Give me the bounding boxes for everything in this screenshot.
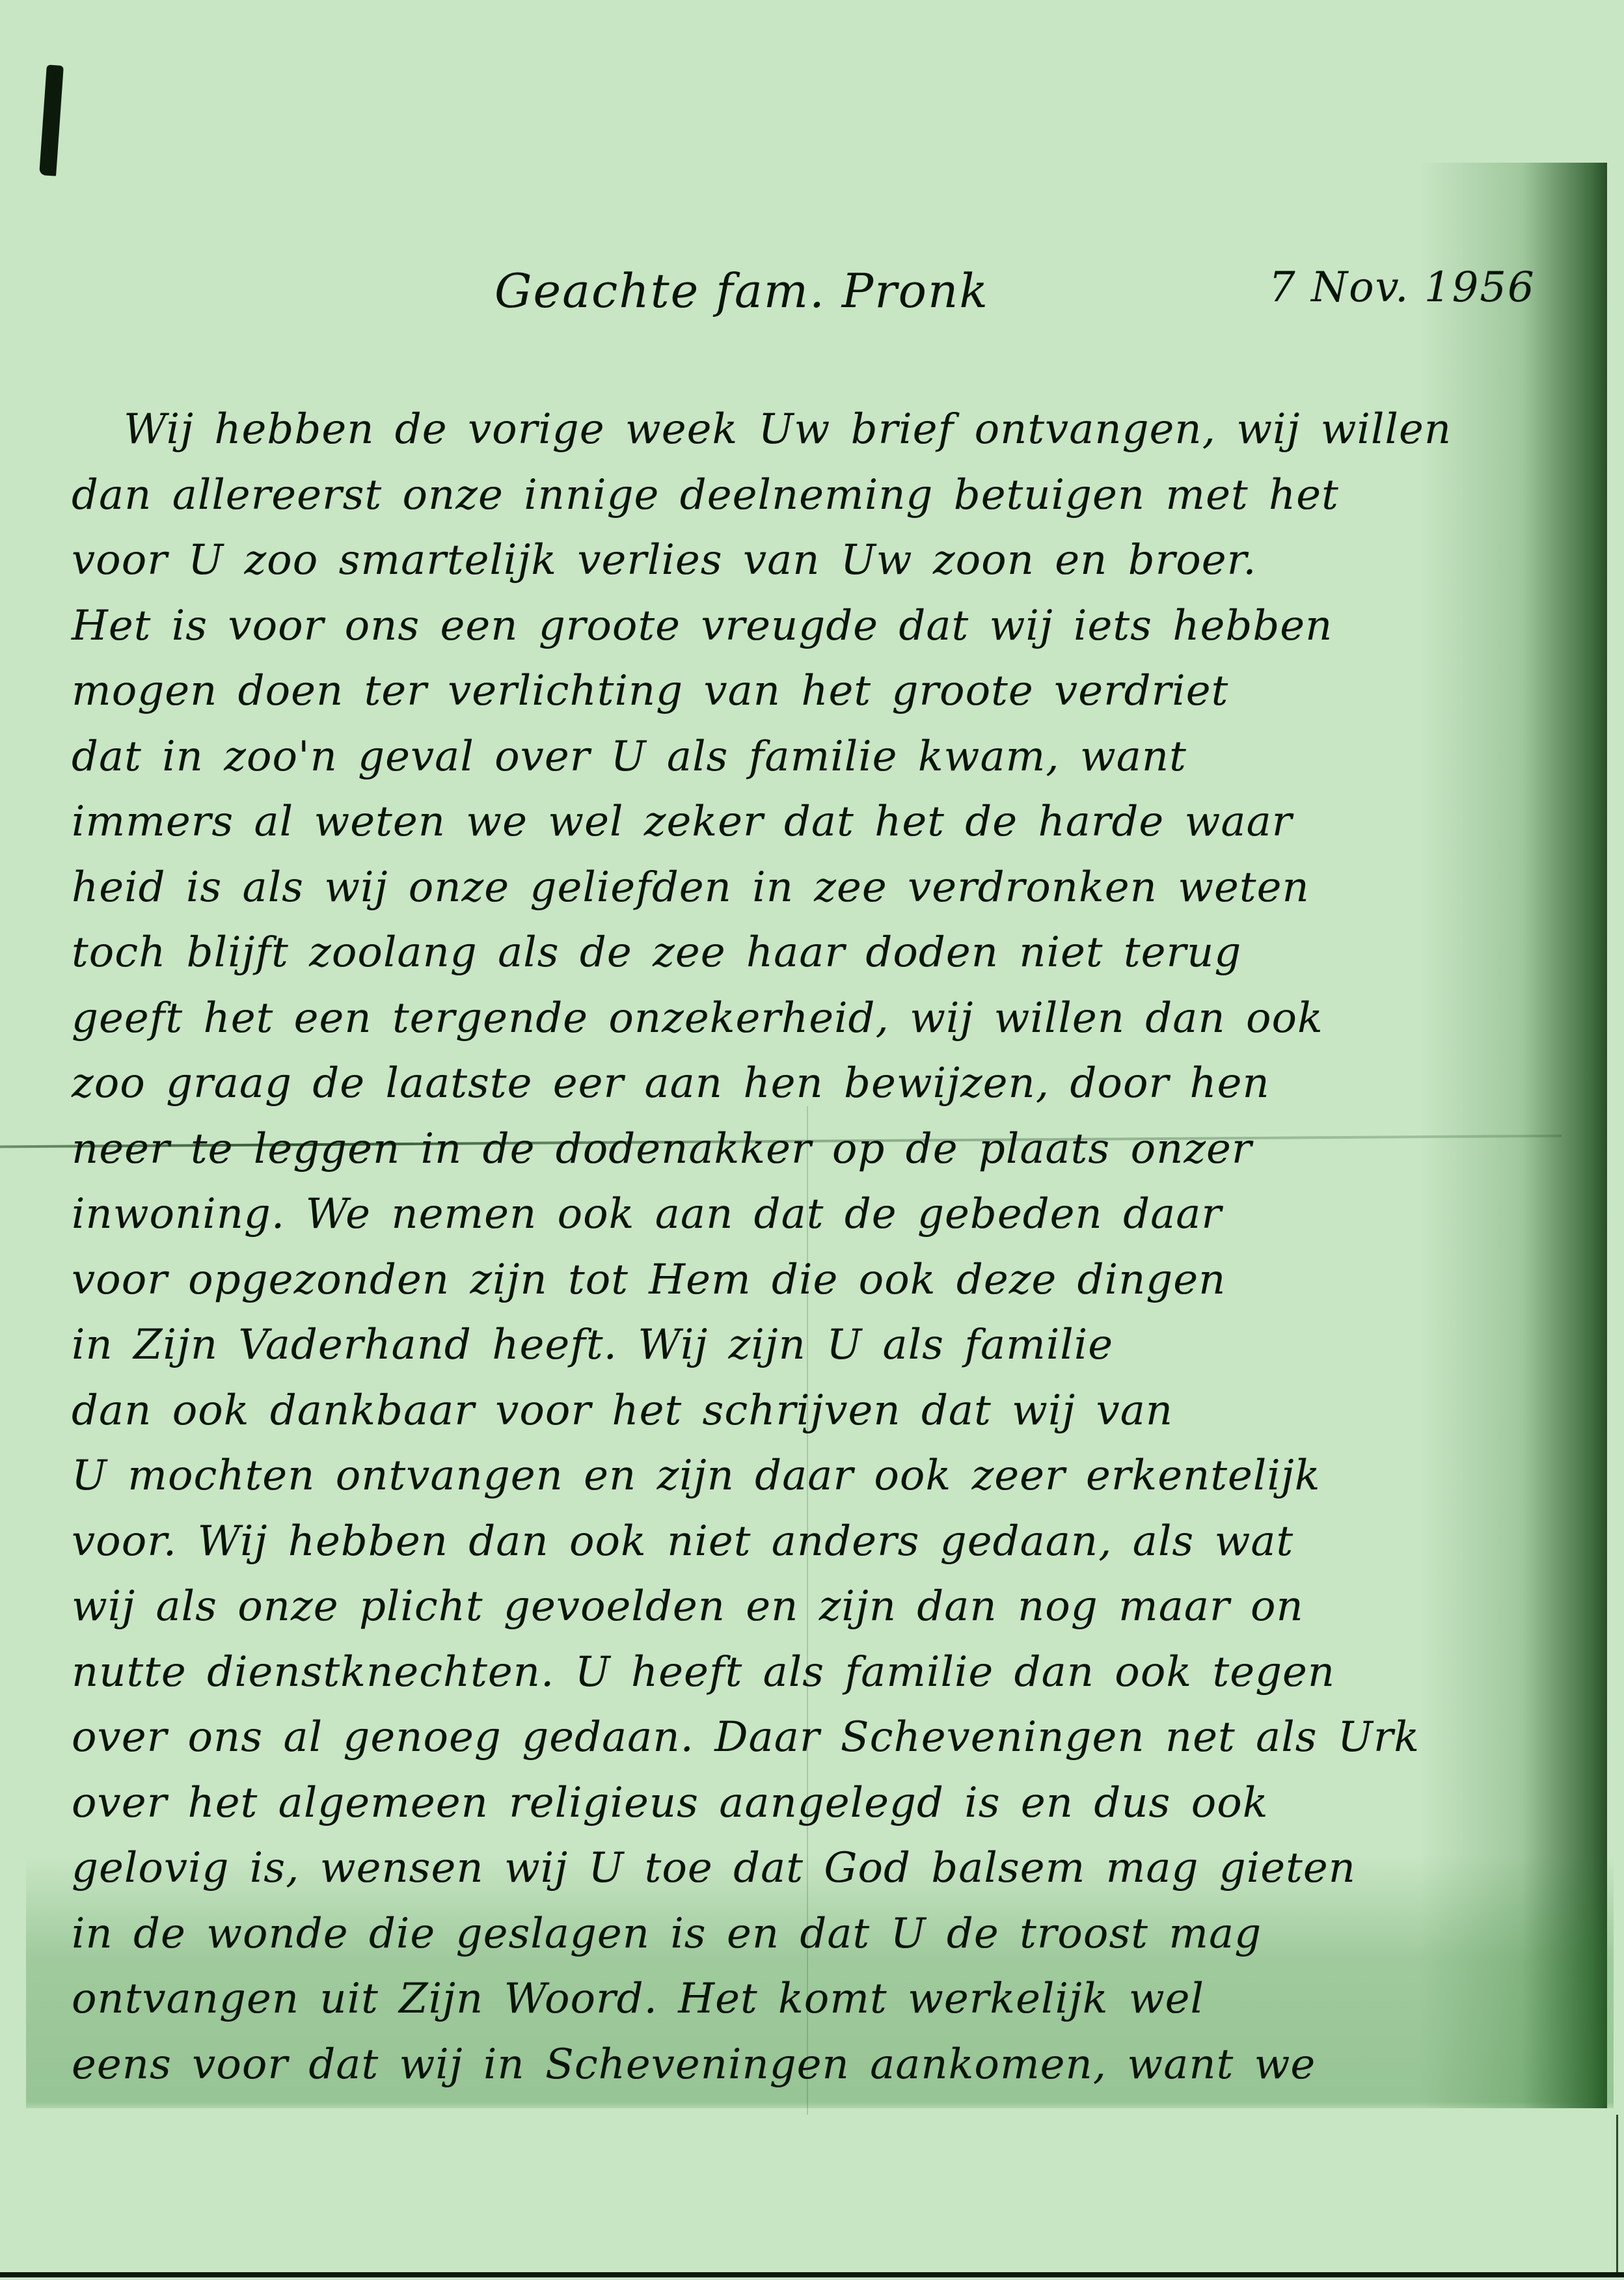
text-line: toch blijft zoolang als de zee haar dode… [72,920,1529,986]
page-edge-bottom [0,2272,1624,2277]
page-edge-right [1616,2115,1618,2274]
text-line: dan ook dankbaar voor het schrijven dat … [72,1378,1529,1444]
text-line: heid is als wij onze geliefden in zee ve… [72,855,1529,921]
letter-body: Wij hebben de vorige week Uw brief ontva… [72,397,1529,2097]
text-line: eens voor dat wij in Scheveningen aankom… [72,2032,1529,2098]
letter-header: Geachte fam. Pronk 7 Nov. 1956 [0,264,1624,342]
letter-date: 7 Nov. 1956 [1269,264,1536,312]
text-line: U mochten ontvangen en zijn daar ook zee… [72,1443,1529,1509]
text-line: Het is voor ons een groote vreugde dat w… [72,593,1529,659]
text-line: over ons al genoeg gedaan. Daar Scheveni… [72,1705,1529,1771]
text-line: mogen doen ter verlichting van het groot… [72,658,1529,724]
text-line: geeft het een tergende onzekerheid, wij … [72,986,1529,1052]
text-line: neer te leggen in de dodenakker op de pl… [72,1117,1529,1182]
page-number-marker [39,64,64,176]
text-line: over het algemeen religieus aangelegd is… [72,1771,1529,1836]
text-line: voor. Wij hebben dan ook niet anders ged… [72,1509,1529,1575]
text-line: dan allereerst onze innige deelneming be… [72,463,1529,528]
text-line: voor U zoo smartelijk verlies van Uw zoo… [72,528,1529,593]
letter-page: Geachte fam. Pronk 7 Nov. 1956 Wij hebbe… [0,0,1624,2280]
text-line: voor opgezonden zijn tot Hem die ook dez… [72,1247,1529,1313]
text-line: in Zijn Vaderhand heeft. Wij zijn U als … [72,1312,1529,1378]
text-line: inwoning. We nemen ook aan dat de gebede… [72,1182,1529,1247]
text-line: zoo graag de laatste eer aan hen bewijze… [72,1051,1529,1117]
text-line: nutte dienstknechten. U heeft als famili… [72,1640,1529,1705]
text-line: dat in zoo'n geval over U als familie kw… [72,724,1529,790]
text-line: immers al weten we wel zeker dat het de … [72,789,1529,855]
text-line: in de wonde die geslagen is en dat U de … [72,1901,1529,1967]
text-line: gelovig is, wensen wij U toe dat God bal… [72,1836,1529,1901]
text-line: wij als onze plicht gevoelden en zijn da… [72,1574,1529,1640]
blank-bottom-margin [26,2108,1614,2264]
salutation: Geachte fam. Pronk [494,264,989,318]
text-line: ontvangen uit Zijn Woord. Het komt werke… [72,1966,1529,2032]
text-line: Wij hebben de vorige week Uw brief ontva… [72,397,1529,463]
